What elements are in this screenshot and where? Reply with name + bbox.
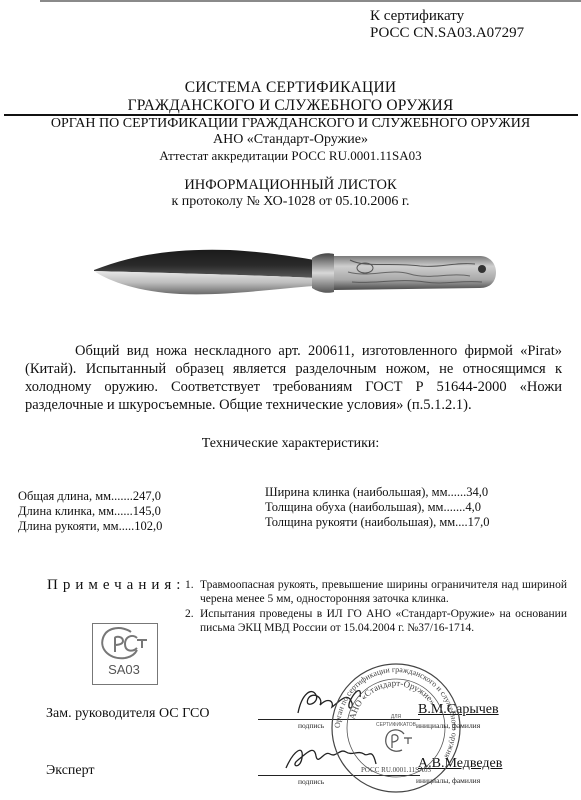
stamp-bottom-text: РОСС RU.0001.11SA03: [361, 766, 432, 774]
official-stamp: Орган по сертификации гражданского и слу…: [330, 660, 462, 800]
pst-code: SA03: [92, 662, 156, 677]
stamp-pst-icon: [386, 730, 412, 751]
organization-name: АНО «Стандарт-Оружие»: [0, 132, 581, 148]
signature-label: подпись: [298, 721, 324, 730]
note-item: 2. Испытания проведены в ИЛ ГО АНО «Стан…: [185, 607, 567, 635]
specs-left-column: Общая длина, мм.......247,0 Длина клинка…: [18, 489, 162, 534]
spec-value: 17,0: [468, 515, 490, 529]
tech-specs-title: Технические характеристики:: [0, 436, 581, 452]
signer-role: Эксперт: [46, 763, 95, 779]
signer-role: Зам. руководителя ОС ГСО: [46, 706, 209, 722]
knife-photo: [90, 238, 510, 313]
certificate-ref-label: К сертификату: [370, 8, 524, 25]
pst-logo-icon: [93, 624, 157, 664]
signature-label: подпись: [298, 777, 324, 786]
accreditation-certificate: Аттестат аккредитации РОСС RU.0001.11SA0…: [0, 148, 581, 164]
knife-description: Общий вид ножа нескладного арт. 200611, …: [25, 342, 562, 414]
spec-row: Длина рукояти, мм.....102,0: [18, 519, 162, 534]
notes-list: 1. Травмоопасная рукоять, превышение шир…: [185, 578, 567, 636]
spec-value: 4,0: [465, 500, 481, 514]
system-title-line1: СИСТЕМА СЕРТИФИКАЦИИ: [0, 79, 581, 97]
scan-edge-line: [40, 0, 581, 2]
certification-body: ОРГАН ПО СЕРТИФИКАЦИИ ГРАЖДАНСКОГО И СЛУ…: [0, 116, 581, 132]
stamp-center-top: ДЛЯ: [391, 714, 402, 720]
notes-label: Примечания:: [47, 577, 185, 594]
spec-value: 102,0: [134, 519, 162, 533]
spec-row: Длина клинка, мм......145,0: [18, 504, 162, 519]
protocol-reference: к протоколу № ХО-1028 от 05.10.2006 г.: [0, 194, 581, 210]
spec-value: 247,0: [133, 489, 161, 503]
spec-row: Ширина клинка (наибольшая), мм......34,0: [265, 485, 490, 500]
note-item: 1. Травмоопасная рукоять, превышение шир…: [185, 578, 567, 606]
spec-value: 34,0: [466, 485, 488, 499]
spec-value: 145,0: [133, 504, 161, 518]
description-text: Общий вид ножа нескладного арт. 200611, …: [25, 342, 562, 414]
certificate-number: РОСС CN.SA03.A07297: [370, 25, 524, 42]
spec-row: Толщина обуха (наибольшая), мм.......4,0: [265, 500, 490, 515]
spec-row: Общая длина, мм.......247,0: [18, 489, 162, 504]
system-title-line2: ГРАЖДАНСКОГО И СЛУЖЕБНОГО ОРУЖИЯ: [0, 97, 581, 115]
info-sheet-title: ИНФОРМАЦИОННЫЙ ЛИСТОК: [0, 177, 581, 194]
stamp-center-bottom: СЕРТИФИКАТОВ: [376, 722, 417, 728]
specs-right-column: Ширина клинка (наибольшая), мм......34,0…: [265, 485, 490, 530]
spec-row: Толщина рукояти (наибольшая), мм....17,0: [265, 515, 490, 530]
certificate-reference: К сертификату РОСС CN.SA03.A07297: [370, 8, 524, 42]
